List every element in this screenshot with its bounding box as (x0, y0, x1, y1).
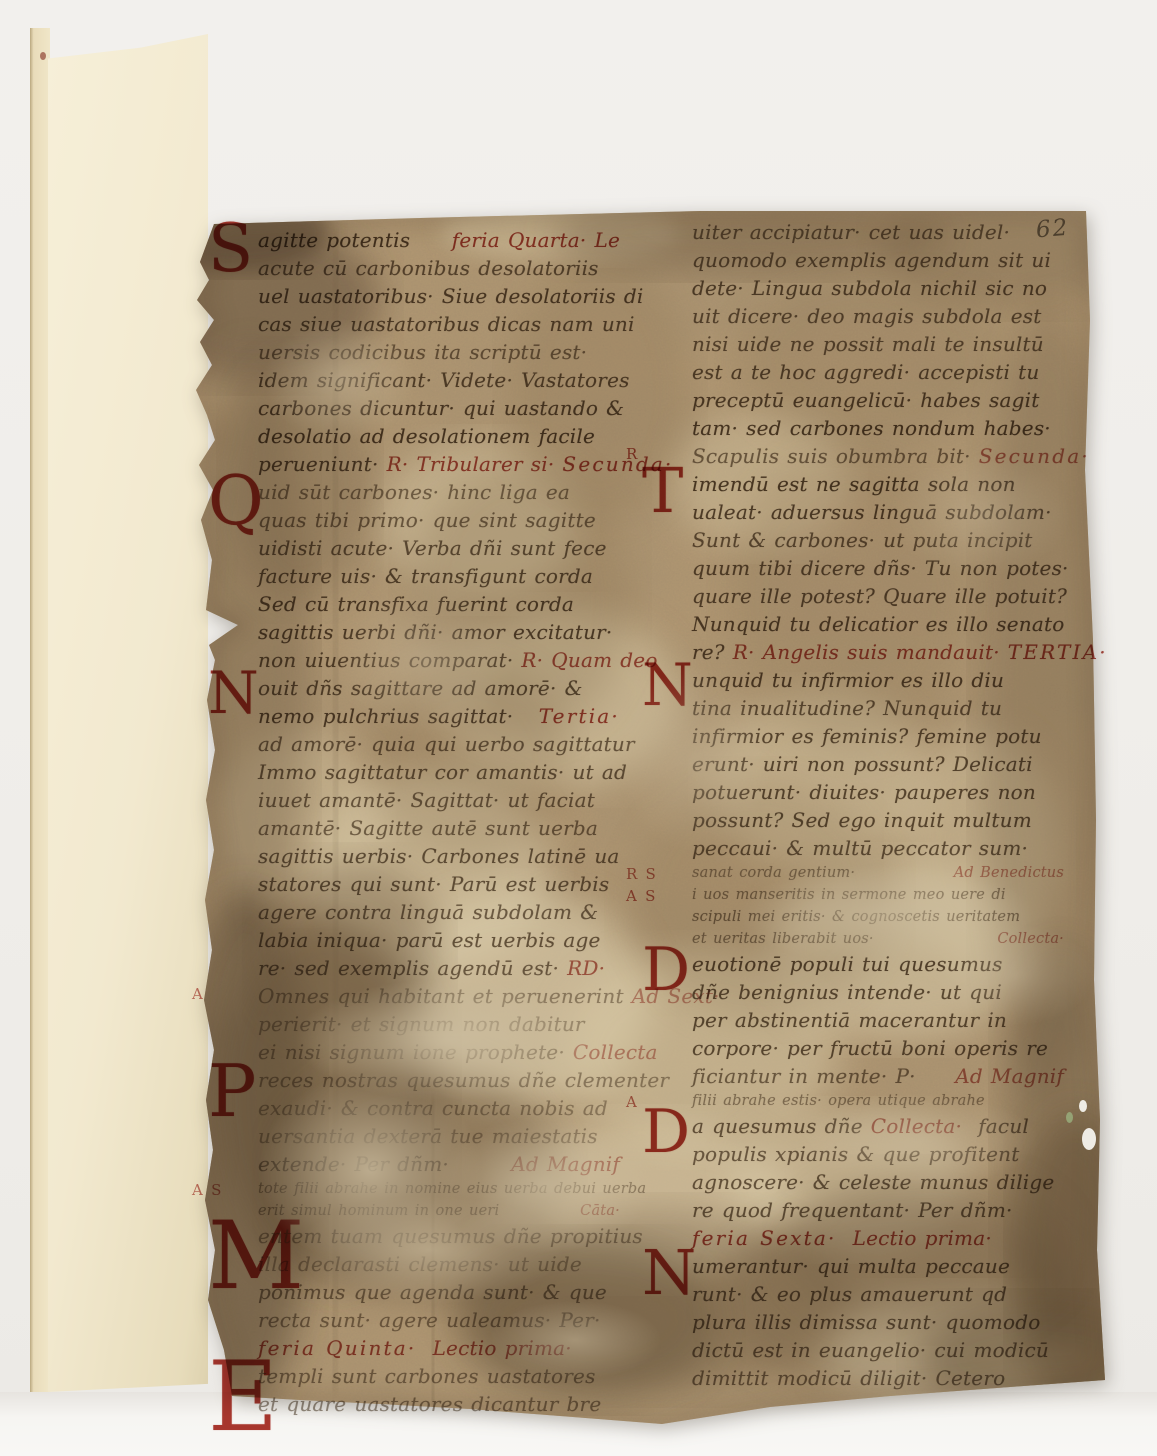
ink-text: populis xpianis & que profitent (692, 1144, 1019, 1165)
manuscript-line-left-35: A Stote filii abrahe in nomine eius uerb… (258, 1182, 620, 1197)
manuscript-line-right-40: runt· & eo plus amauerunt qd (692, 1284, 1064, 1305)
ink-text: ualeat· aduersus linguā subdolam· (692, 502, 1052, 523)
ink-text: nisi uide ne possit mali te insultū (692, 334, 1044, 355)
manuscript-line-left-6: idem significant· Videte· Vastatores (258, 370, 620, 391)
ink-text: possunt? Sed ego inquit multum (692, 810, 1032, 831)
ink-text: cas siue uastatoribus dicas nam uni (258, 314, 635, 335)
rubric-text: Lectio prima· (416, 1338, 571, 1359)
manuscript-line-right-43: dimittit modicū diligit· Cetero (692, 1368, 1064, 1389)
manuscript-line-right-28: Deuotionē populi tui quesumus (692, 954, 1064, 975)
manuscript-line-right-41: plura illis dimissa sunt· quomodo (692, 1312, 1064, 1333)
rubric-text: Lectio prima· (837, 1228, 992, 1249)
ink-text: idem significant· Videte· Vastatores (258, 370, 630, 391)
manuscript-line-left-38: illa declarasti clemens· ut uide (258, 1254, 620, 1275)
manuscript-line-right-34: Da quesumus dñe Collecta· facul (692, 1116, 1064, 1137)
illuminated-initial: N (642, 1247, 696, 1300)
manuscript-line-right-42: dictū est in euangelio· cui modicū (692, 1340, 1064, 1361)
ink-text: corpore· per fructū boni operis re (692, 1038, 1048, 1059)
ink-text: Omnes qui habitant et peruenerint (258, 986, 624, 1007)
manuscript-line-left-10: Quid sūt carbones· hinc liga ea (258, 482, 620, 503)
ink-text: uid sūt carbones· hinc liga ea (258, 482, 570, 503)
manuscript-line-left-30: ei nisi signum ione prophete·Collecta (258, 1042, 620, 1063)
manuscript-line-right-8: tam· sed carbones nondum habes· (692, 418, 1064, 439)
illuminated-initial: N (642, 661, 693, 710)
manuscript-line-right-16: re? R· Angelis suis mandauit·TERTIA· (692, 642, 1064, 663)
ink-text: scipuli mei eritis· & cognoscetis uerita… (692, 910, 1020, 925)
ink-text: i uos manseritis in sermone meo uere di (692, 888, 1006, 903)
rubric-text: Collecta (573, 1042, 658, 1063)
ink-text: potuerunt· diuites· pauperes non (692, 782, 1036, 803)
ink-text: agere contra linguā subdolam & (258, 902, 598, 923)
ink-text: recta sunt· agere ualeamus· Per· (258, 1310, 601, 1331)
manuscript-line-left-28: AOmnes qui habitant et peruenerintAd Sex… (258, 986, 620, 1007)
ink-text: entem tuam quesumus dñe propitius (258, 1226, 643, 1247)
ink-text: et quare uastatores dicantur bre (258, 1394, 601, 1415)
illuminated-initial: S (208, 221, 253, 277)
ink-text: sanat corda gentium· (692, 866, 855, 881)
ink-text: Scapulis suis obumbra bit· (692, 446, 971, 467)
ink-text: per abstinentiā macerantur in (692, 1010, 1007, 1031)
rubric-text: Collecta· (997, 932, 1064, 947)
manuscript-line-right-24: R Ssanat corda gentium·Ad Benedictus (692, 866, 1064, 881)
ink-text: ei nisi signum ione prophete· (258, 1042, 565, 1063)
illuminated-initial: D (642, 945, 690, 996)
rubric-text: R· Quam deo (521, 650, 657, 671)
manuscript-line-right-30: per abstinentiā macerantur in (692, 1010, 1064, 1031)
manuscript-line-right-21: potuerunt· diuites· pauperes non (692, 782, 1064, 803)
manuscript-line-left-5: uersis codicibus ita scriptū est· (258, 342, 620, 363)
photo-background: Sagitte potentisferia Quarta· Leacute cū… (0, 0, 1157, 1456)
ink-text: re· sed exemplis agendū est· (258, 958, 567, 979)
ink-text: uidisti acute· Verba dñi sunt fece (258, 538, 607, 559)
ink-text: dictū est in euangelio· cui modicū (692, 1340, 1049, 1361)
manuscript-line-left-40: recta sunt· agere ualeamus· Per· (258, 1310, 620, 1331)
manuscript-line-right-1: uiter accipiatur· cet uas uidel· (692, 222, 1064, 243)
manuscript-line-left-37: Mentem tuam quesumus dñe propitius (258, 1226, 620, 1247)
ink-text: et ueritas liberabit uos· (692, 932, 874, 947)
manuscript-line-right-12: Sunt & carbones· ut puta incipit (692, 530, 1064, 551)
manuscript-line-right-7: preceptū euangelicū· habes sagit (692, 390, 1064, 411)
manuscript-line-right-13: quum tibi dicere dñs· Tu non potes· (692, 558, 1064, 579)
manuscript-line-right-5: nisi uide ne possit mali te insultū (692, 334, 1064, 355)
rubric-text: Tertia· (539, 706, 620, 727)
margin-letters: A (192, 987, 204, 1003)
manuscript-line-left-4: cas siue uastatoribus dicas nam uni (258, 314, 620, 335)
ink-text: ponimus que agenda sunt· & que (258, 1282, 607, 1303)
moss-speck (1066, 1112, 1073, 1123)
ink-text: runt· & eo plus amauerunt qd (692, 1284, 1007, 1305)
manuscript-line-left-15: sagittis uerbi dñi· amor excitatur· (258, 622, 620, 643)
ink-text: preceptū euangelicū· habes sagit (692, 390, 1039, 411)
manuscript-line-right-36: agnoscere· & celeste munus dilige (692, 1172, 1064, 1193)
ink-text: peccaui· & multū peccator sum· (692, 838, 1028, 859)
illuminated-initial: P (208, 1061, 257, 1122)
manuscript-line-right-10: Timendū est ne sagitta sola non (692, 474, 1064, 495)
ink-text: iuuet amantē· Sagittat· ut faciat (258, 790, 595, 811)
ink-text: perierit· et signum non dabitur (258, 1014, 585, 1035)
manuscript-line-left-23: sagittis uerbis· Carbones latinē ua (258, 846, 620, 867)
ink-text: dete· Lingua subdola nichil sic no (692, 278, 1047, 299)
manuscript-line-right-35: populis xpianis & que profitent (692, 1144, 1064, 1165)
ink-text: tina inualitudine? Nunquid tu (692, 698, 1002, 719)
ink-text: amantē· Sagitte autē sunt uerba (258, 818, 598, 839)
ink-text: desolatio ad desolationem facile (258, 426, 595, 447)
ink-text: acute cū carbonibus desolatoriis (258, 258, 599, 279)
rubric-text: TERTIA· (1008, 642, 1108, 663)
rubric-text: feria Quinta· (258, 1338, 416, 1359)
manuscript-line-right-18: tina inualitudine? Nunquid tu (692, 698, 1064, 719)
ink-text: Immo sagittatur cor amantis· ut ad (258, 762, 627, 783)
ink-text: dñe benignius intende· ut qui (692, 982, 1002, 1003)
manuscript-line-left-1: Sagitte potentisferia Quarta· Le (258, 230, 620, 251)
illuminated-initial: Q (208, 473, 264, 531)
rubric-text: RD· (567, 958, 605, 979)
ink-text: umerantur· qui multa peccaue (692, 1256, 1010, 1277)
manuscript-line-left-7: carbones dicuntur· qui uastando & (258, 398, 620, 419)
manuscript-line-left-11: quas tibi primo· que sint sagitte (258, 510, 620, 531)
ink-text: ouit dñs sagittare ad amorē· & (258, 678, 583, 699)
manuscript-line-right-38: feria Sexta· Lectio prima· (692, 1228, 1064, 1249)
ink-text: a quesumus dñe (692, 1116, 871, 1137)
ink-text: perueniunt· (258, 454, 387, 475)
ink-text: uiter accipiatur· cet uas uidel· (692, 222, 1010, 243)
ink-text: Sunt & carbones· ut puta incipit (692, 530, 1033, 551)
manuscript-line-right-37: re quod frequentant· Per dñm· (692, 1200, 1064, 1221)
manuscript-line-right-39: Numerantur· qui multa peccaue (692, 1256, 1064, 1277)
manuscript-line-left-24: statores qui sunt· Parū est uerbis (258, 874, 620, 895)
manuscript-line-right-15: Nunquid tu delicatior es illo senato (692, 614, 1064, 635)
manuscript-line-right-17: Nunquid tu infirmior es illo diu (692, 670, 1064, 691)
manuscript-line-right-11: ualeat· aduersus linguā subdolam· (692, 502, 1064, 523)
rubric-text: Ad Magnif (955, 1066, 1064, 1087)
manuscript-line-right-23: peccaui· & multū peccator sum· (692, 838, 1064, 859)
rubric-text: feria Sexta· (692, 1228, 837, 1249)
ink-text: agnoscere· & celeste munus dilige (692, 1172, 1054, 1193)
manuscript-line-left-31: Preces nostras quesumus dñe clementer (258, 1070, 620, 1091)
manuscript-line-left-22: amantē· Sagitte autē sunt uerba (258, 818, 620, 839)
ink-text: plura illis dimissa sunt· quomodo (692, 1312, 1040, 1333)
manuscript-line-right-9: RScapulis suis obumbra bit·Secunda· (692, 446, 1064, 467)
ink-text: nemo pulchrius sagittat· (258, 706, 513, 727)
manuscript-line-left-25: agere contra linguā subdolam & (258, 902, 620, 923)
manuscript-line-right-31: corpore· per fructū boni operis re (692, 1038, 1064, 1059)
manuscript-line-right-33: Afilii abrahe estis· opera utique abrahe (692, 1094, 1064, 1109)
manuscript-line-right-22: possunt? Sed ego inquit multum (692, 810, 1064, 831)
ink-text: templi sunt carbones uastatores (258, 1366, 596, 1387)
manuscript-line-right-14: quare ille potest? Quare ille potuit? (692, 586, 1064, 607)
ink-text: facture uis· & transfigunt corda (258, 566, 593, 587)
manuscript-line-left-34: extende· Per dñm·Ad Magnif (258, 1154, 620, 1175)
ink-text: carbones dicuntur· qui uastando & (258, 398, 624, 419)
manuscript-line-left-8: desolatio ad desolationem facile (258, 426, 620, 447)
ink-text: exaudi· & contra cuncta nobis ad (258, 1098, 608, 1119)
ink-text: Sed cū transfixa fuerint corda (258, 594, 574, 615)
manuscript-line-right-25: A Si uos manseritis in sermone meo uere … (692, 888, 1064, 903)
manuscript-line-right-29: dñe benignius intende· ut qui (692, 982, 1064, 1003)
rubric-text: R· Tribularer si· (387, 454, 555, 475)
ink-text: euotionē populi tui quesumus (692, 954, 1003, 975)
rubric-text: Cāta· (580, 1204, 620, 1219)
rubric-text: feria Quarta· Le (452, 230, 620, 251)
ink-text: filii abrahe estis· opera utique abrahe (692, 1094, 985, 1109)
ink-text: facul (962, 1116, 1029, 1137)
ink-text: imendū est ne sagitta sola non (692, 474, 1016, 495)
ink-text: unquid tu infirmior es illo diu (692, 670, 1004, 691)
ink-text: Nunquid tu delicatior es illo senato (692, 614, 1064, 635)
ink-text: statores qui sunt· Parū est uerbis (258, 874, 609, 895)
ink-text: re quod frequentant· Per dñm· (692, 1200, 1013, 1221)
manuscript-line-left-9: perueniunt· R· Tribularer si·Secunda· (258, 454, 620, 475)
ink-text: agitte potentis (258, 230, 410, 251)
ink-text: non uiuentius comparat· (258, 650, 513, 671)
manuscript-line-right-4: uit dicere· deo magis subdola est (692, 306, 1064, 327)
manuscript-line-left-20: Immo sagittatur cor amantis· ut ad (258, 762, 620, 783)
manuscript-line-left-43: et quare uastatores dicantur bre (258, 1394, 620, 1415)
margin-letters: R (626, 447, 638, 463)
margin-letters: A S (626, 889, 656, 905)
ink-text: uersantia dexterā tue maiestatis (258, 1126, 598, 1147)
ink-text: sagittis uerbi dñi· amor excitatur· (258, 622, 612, 643)
manuscript-line-left-29: perierit· et signum non dabitur (258, 1014, 620, 1035)
ink-text: re? (692, 642, 733, 663)
manuscript-line-left-36: erit simul hominum in one ueriCāta· (258, 1204, 620, 1219)
manuscript-line-right-20: erunt· uiri non possunt? Delicati (692, 754, 1064, 775)
rubric-text: R· Angelis suis mandauit· (733, 642, 1000, 663)
ink-text: quomodo exemplis agendum sit ui (692, 250, 1051, 271)
margin-letters: A (626, 1095, 638, 1111)
manuscript-line-right-26: scipuli mei eritis· & cognoscetis uerita… (692, 910, 1064, 925)
text-layer: Sagitte potentisferia Quarta· Leacute cū… (0, 0, 1157, 1456)
manuscript-line-right-2: quomodo exemplis agendum sit ui (692, 250, 1064, 271)
manuscript-line-left-41: feria Quinta· Lectio prima· (258, 1338, 620, 1359)
rubric-text: Ad Magnif (511, 1154, 620, 1175)
ink-text: reces nostras quesumus dñe clementer (258, 1070, 669, 1091)
manuscript-line-left-3: uel uastatoribus· Siue desolatoriis di (258, 286, 620, 307)
manuscript-line-left-2: acute cū carbonibus desolatoriis (258, 258, 620, 279)
manuscript-line-right-19: infirmior es feminis? femine potu (692, 726, 1064, 747)
manuscript-line-left-17: Nouit dñs sagittare ad amorē· & (258, 678, 620, 699)
manuscript-line-left-39: ponimus que agenda sunt· & que (258, 1282, 620, 1303)
ink-text: quare ille potest? Quare ille potuit? (692, 586, 1067, 607)
margin-letters: R S (626, 867, 657, 883)
rubric-text: Ad Benedictus (954, 866, 1064, 881)
rubric-text: Secunda· (979, 446, 1090, 467)
ink-text: uel uastatoribus· Siue desolatoriis di (258, 286, 644, 307)
ink-text: erunt· uiri non possunt? Delicati (692, 754, 1033, 775)
manuscript-line-left-16: non uiuentius comparat·R· Quam deo (258, 650, 620, 671)
ink-text: ficiantur in mente· P· (692, 1066, 916, 1087)
manuscript-line-left-27: re· sed exemplis agendū est· RD· (258, 958, 620, 979)
manuscript-line-left-14: Sed cū transfixa fuerint corda (258, 594, 620, 615)
margin-letters: A S (192, 1183, 222, 1199)
ink-text: quas tibi primo· que sint sagitte (258, 510, 596, 531)
ink-text: extende· Per dñm· (258, 1154, 449, 1175)
edge-chip (1082, 1128, 1096, 1150)
ink-text: illa declarasti clemens· ut uide (258, 1254, 582, 1275)
manuscript-line-left-42: Etempli sunt carbones uastatores (258, 1366, 620, 1387)
ink-text: infirmior es feminis? femine potu (692, 726, 1042, 747)
ink-text: ad amorē· quia qui uerbo sagittatur (258, 734, 635, 755)
ink-text: quum tibi dicere dñs· Tu non potes· (692, 558, 1069, 579)
illuminated-initial: N (208, 669, 259, 718)
ink-text: tam· sed carbones nondum habes· (692, 418, 1051, 439)
manuscript-line-left-12: uidisti acute· Verba dñi sunt fece (258, 538, 620, 559)
manuscript-line-left-18: nemo pulchrius sagittat·Tertia· (258, 706, 620, 727)
ink-text: labia iniqua· parū est uerbis age (258, 930, 601, 951)
manuscript-line-right-32: ficiantur in mente· P·Ad Magnif (692, 1066, 1064, 1087)
illuminated-initial: D (642, 1107, 690, 1158)
manuscript-line-right-27: et ueritas liberabit uos·Collecta· (692, 932, 1064, 947)
ink-text: uit dicere· deo magis subdola est (692, 306, 1041, 327)
folio-number: 62 (1035, 215, 1070, 244)
ink-text: tote filii abrahe in nomine eius uerba d… (258, 1182, 646, 1197)
edge-chip (1079, 1100, 1087, 1112)
manuscript-line-left-19: ad amorē· quia qui uerbo sagittatur (258, 734, 620, 755)
manuscript-line-left-33: uersantia dexterā tue maiestatis (258, 1126, 620, 1147)
manuscript-line-left-13: facture uis· & transfigunt corda (258, 566, 620, 587)
manuscript-line-left-26: labia iniqua· parū est uerbis age (258, 930, 620, 951)
rubric-text: Collecta· (871, 1116, 962, 1137)
ink-text: sagittis uerbis· Carbones latinē ua (258, 846, 620, 867)
ink-text: dimittit modicū diligit· Cetero (692, 1368, 1005, 1389)
illuminated-initial: T (642, 465, 684, 518)
manuscript-line-right-3: dete· Lingua subdola nichil sic no (692, 278, 1064, 299)
manuscript-line-left-32: exaudi· & contra cuncta nobis ad (258, 1098, 620, 1119)
ink-text: uersis codicibus ita scriptū est· (258, 342, 587, 363)
manuscript-line-left-21: iuuet amantē· Sagittat· ut faciat (258, 790, 620, 811)
manuscript-line-right-6: est a te hoc aggredi· accepisti tu (692, 362, 1064, 383)
ink-text: est a te hoc aggredi· accepisti tu (692, 362, 1039, 383)
